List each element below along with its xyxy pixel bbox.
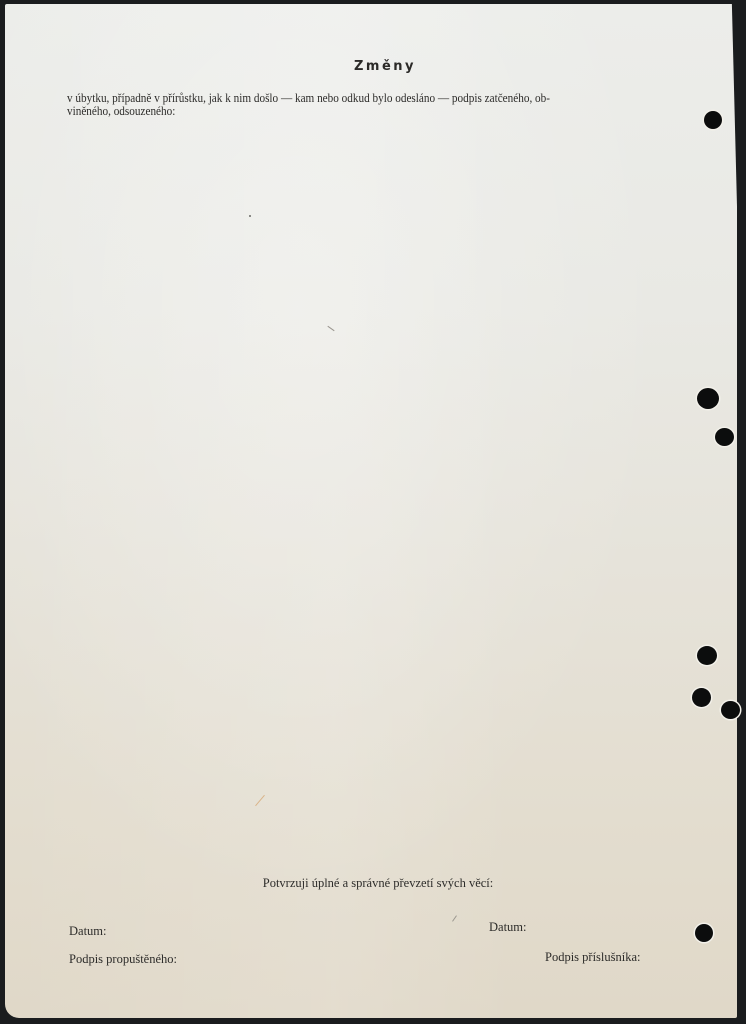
paper-mark [452,915,457,921]
instruction-line-2: viněného, odsouzeného: [67,105,707,118]
document-title: Změny [5,59,737,74]
confirmation-text: Potvrzuji úplné a správné převzetí svých… [5,876,737,891]
signature-label-officer: Podpis příslušníka: [545,950,641,965]
date-label-left: Datum: [69,924,107,939]
punch-hole [721,701,740,719]
punch-hole [715,428,734,446]
paper-texture [5,4,737,1018]
punch-hole [704,111,722,129]
signature-label-released: Podpis propuštěného: [69,952,177,967]
instruction-text: v úbytku, případně v přírůstku, jak k ni… [67,92,707,118]
date-label-right: Datum: [489,920,527,935]
paper-speck [249,215,251,217]
punch-hole [697,388,719,409]
document-page: Změny v úbytku, případně v přírůstku, ja… [5,4,737,1018]
punch-hole [692,688,711,707]
paper-stain [255,795,265,806]
punch-hole [695,924,713,942]
punch-hole [697,646,717,665]
paper-mark [327,326,334,331]
